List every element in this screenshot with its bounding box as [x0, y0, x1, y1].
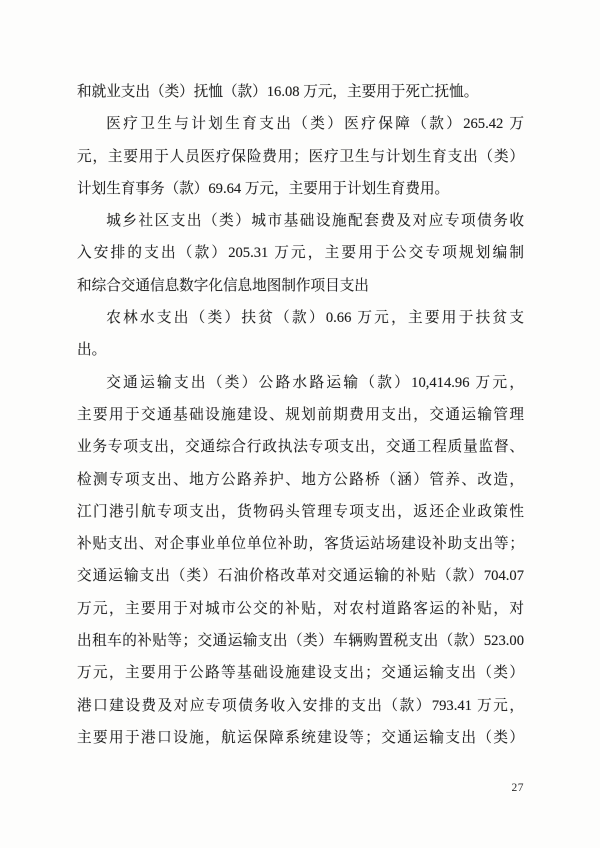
- document-page: 和就业支出（类）抚恤（款）16.08 万元，主要用于死亡抚恤。医疗卫生与计划生育…: [0, 0, 600, 848]
- page-number: 27: [77, 782, 524, 794]
- text-line: 城乡社区支出（类）城市基础设施配套费及对应专项债务收: [77, 205, 524, 237]
- text-line: 主要用于港口设施，航运保障系统建设等；交通运输支出（类）: [77, 722, 524, 754]
- text-line: 补贴支出、对企事业单位单位补助，客货运站场建设补助支出等；: [77, 528, 524, 560]
- text-line: 和综合交通信息数字化信息地图制作项目支出: [77, 270, 524, 302]
- text-line: 出租车的补贴等；交通运输支出（类）车辆购置税支出（款）523.00: [77, 625, 524, 657]
- text-line: 江门港引航专项支出，货物码头管理专项支出，返还企业政策性: [77, 496, 524, 528]
- text-line: 元，主要用于人员医疗保险费用；医疗卫生与计划生育支出（类）: [77, 141, 524, 173]
- text-line: 农林水支出（类）扶贫（款）0.66 万元，主要用于扶贫支: [77, 302, 524, 334]
- text-line: 万元，主要用于公路等基础设施建设支出；交通运输支出（类）: [77, 657, 524, 689]
- text-line: 交通运输支出（类）公路水路运输（款）10,414.96 万元，: [77, 367, 524, 399]
- text-line: 主要用于交通基础设施建设、规划前期费用支出，交通运输管理: [77, 399, 524, 431]
- body-text: 和就业支出（类）抚恤（款）16.08 万元，主要用于死亡抚恤。医疗卫生与计划生育…: [77, 76, 524, 754]
- text-line: 业务专项支出，交通综合行政执法专项支出，交通工程质量监督、: [77, 431, 524, 463]
- text-line: 出。: [77, 334, 524, 366]
- text-line: 和就业支出（类）抚恤（款）16.08 万元，主要用于死亡抚恤。: [77, 76, 524, 108]
- text-line: 计划生育事务（款）69.64 万元，主要用于计划生育费用。: [77, 173, 524, 205]
- text-line: 港口建设费及对应专项债务收入安排的支出（款）793.41 万元，: [77, 690, 524, 722]
- text-line: 医疗卫生与计划生育支出（类）医疗保障（款）265.42 万: [77, 108, 524, 140]
- text-line: 万元，主要用于对城市公交的补贴，对农村道路客运的补贴，对: [77, 593, 524, 625]
- text-line: 入安排的支出（款）205.31 万元，主要用于公交专项规划编制: [77, 237, 524, 269]
- text-line: 检测专项支出、地方公路养护、地方公路桥（涵）管养、改造，: [77, 464, 524, 496]
- text-line: 交通运输支出（类）石油价格改革对交通运输的补贴（款）704.07: [77, 560, 524, 592]
